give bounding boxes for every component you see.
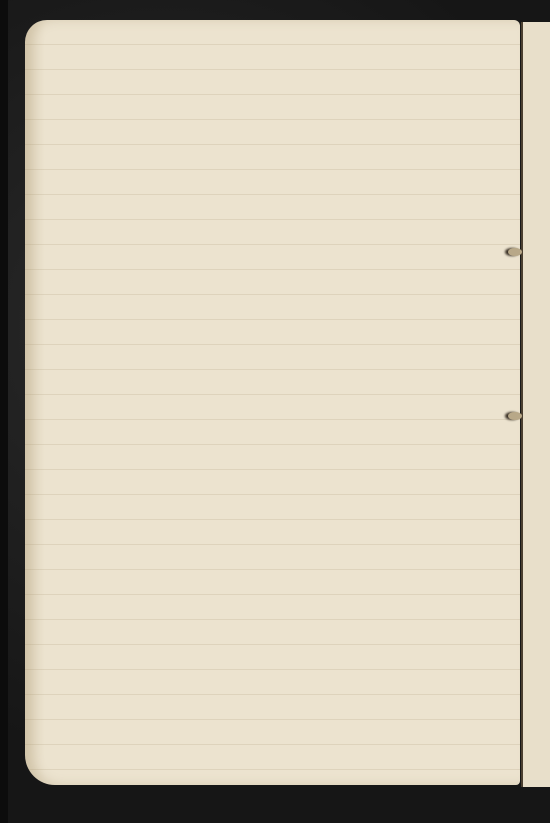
manuscript-page: [25, 20, 520, 785]
binding-hole: [508, 248, 522, 256]
scan-edge: [0, 0, 8, 823]
binding-hole: [508, 412, 522, 420]
adjacent-page-edge: [521, 22, 550, 787]
